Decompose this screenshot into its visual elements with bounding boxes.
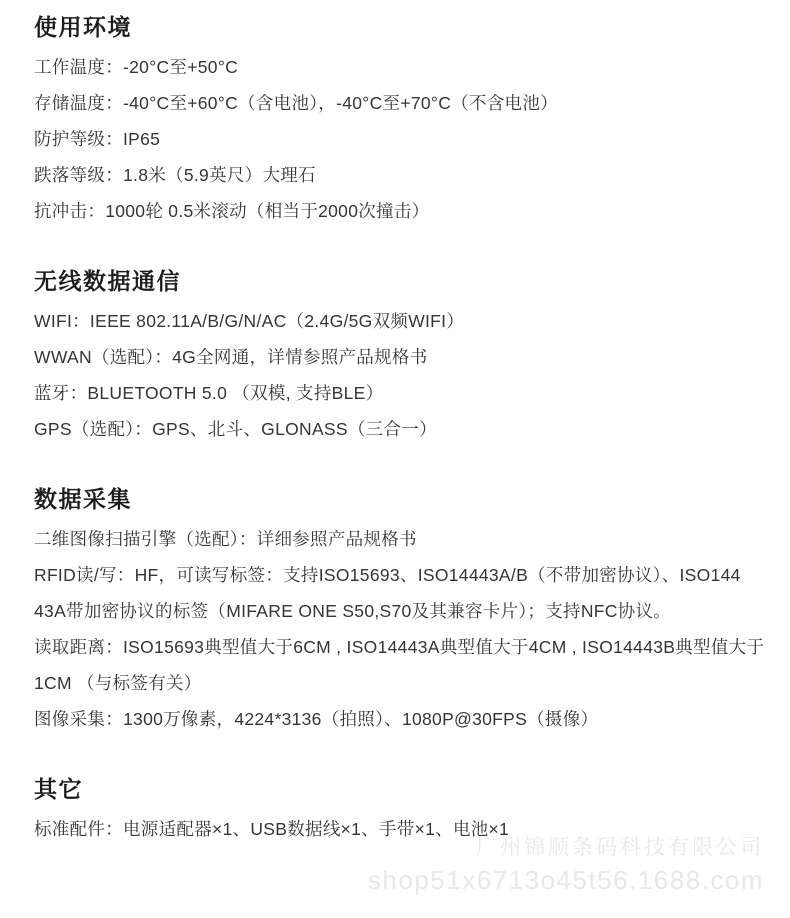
section-heading-wireless-communication: 无线数据通信 — [34, 267, 756, 295]
section-heading-other: 其它 — [34, 775, 756, 803]
spec-line-image-capture: 图像采集：1300万像素，4224*3136（拍照）、1080P@30FPS（摄… — [34, 701, 756, 737]
watermark-company-name: 广州锦顺条码科技有限公司 — [368, 836, 764, 860]
section-heading-usage-environment: 使用环境 — [34, 13, 756, 41]
watermark-shop-url: shop51x6713o45t56.1688.com — [368, 865, 764, 895]
section-usage-environment: 使用环境 工作温度：-20°C至+50°C 存储温度：-40°C至+60°C（含… — [34, 13, 756, 229]
spec-line-gps: GPS（选配）：GPS、北斗、GLONASS（三合一） — [34, 411, 756, 447]
spec-line-read-distance-1: 读取距离：ISO15693典型值大于6CM , ISO14443A典型值大于4C… — [34, 629, 756, 665]
spec-line-read-distance-2: 1CM （与标签有关） — [34, 665, 756, 701]
spec-document: 使用环境 工作温度：-20°C至+50°C 存储温度：-40°C至+60°C（含… — [0, 0, 790, 847]
spec-line-wifi: WIFI：IEEE 802.11A/B/G/N/AC（2.4G/5G双频WIFI… — [34, 303, 756, 339]
section-heading-data-collection: 数据采集 — [34, 485, 756, 513]
spec-line-2d-scan-engine: 二维图像扫描引擎（选配）：详细参照产品规格书 — [34, 521, 756, 557]
spec-line-storage-temperature: 存储温度：-40°C至+60°C（含电池），-40°C至+70°C（不含电池） — [34, 85, 756, 121]
spec-line-wwan: WWAN（选配）：4G全网通，详情参照产品规格书 — [34, 339, 756, 375]
spec-line-rfid-read-write-1: RFID读/写：HF，可读写标签：支持ISO15693、ISO14443A/B（… — [34, 557, 756, 593]
spec-line-drop-rating: 跌落等级：1.8米（5.9英尺）大理石 — [34, 157, 756, 193]
spec-line-bluetooth: 蓝牙：BLUETOOTH 5.0 （双模, 支持BLE） — [34, 375, 756, 411]
spec-line-operating-temperature: 工作温度：-20°C至+50°C — [34, 49, 756, 85]
spec-line-protection-rating: 防护等级：IP65 — [34, 121, 756, 157]
spec-line-shock-resistance: 抗冲击：1000轮 0.5米滚动（相当于2000次撞击） — [34, 193, 756, 229]
spec-line-rfid-read-write-2: 43A带加密协议的标签（MIFARE ONE S50,S70及其兼容卡片）；支持… — [34, 593, 756, 629]
section-wireless-communication: 无线数据通信 WIFI：IEEE 802.11A/B/G/N/AC（2.4G/5… — [34, 267, 756, 447]
watermark: 广州锦顺条码科技有限公司 shop51x6713o45t56.1688.com — [368, 836, 764, 895]
section-data-collection: 数据采集 二维图像扫描引擎（选配）：详细参照产品规格书 RFID读/写：HF，可… — [34, 485, 756, 737]
